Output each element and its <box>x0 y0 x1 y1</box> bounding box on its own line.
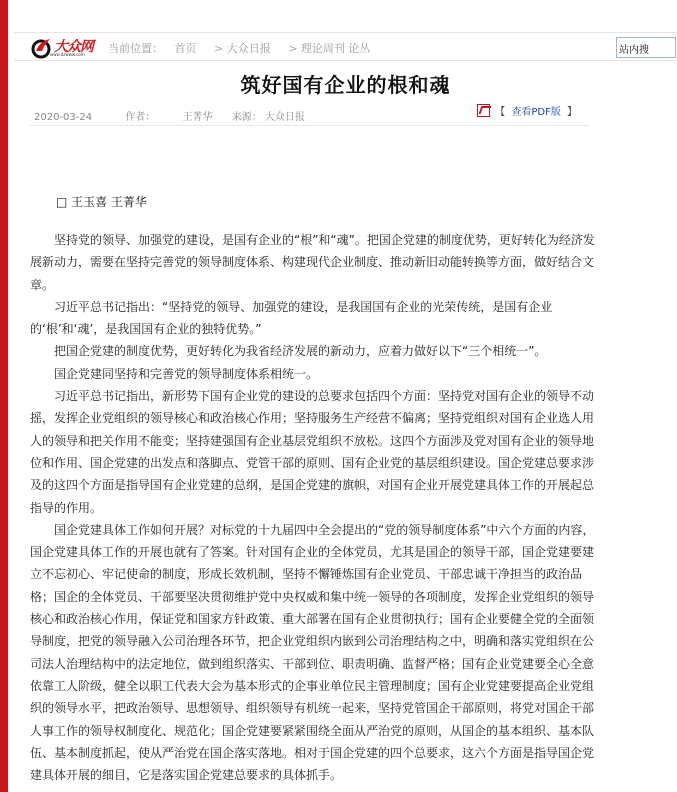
breadcrumb-item-theory-weekly[interactable]: 理论周刊 论丛 <box>301 42 371 55</box>
article-title: 筑好国有企业的根和魂 <box>0 69 677 98</box>
top-nav-bar: 大众网 www.dzwww.com 当前位置： 首页 > 大众日报 > 理论周刊… <box>14 32 677 61</box>
bracket-open: 【 <box>495 107 505 118</box>
publish-date: 2020-03-24 <box>34 112 92 123</box>
article-meta: 2020-03-24 作者： 王菁华 来源： 大众日报 <box>34 108 305 123</box>
site-search-input[interactable]: 站内搜 <box>616 37 676 58</box>
pdf-link-group: 【 查看PDF版 】 <box>477 103 577 118</box>
breadcrumb-separator: > <box>214 42 223 55</box>
breadcrumb-item-dazhong-daily[interactable]: 大众日报 <box>227 42 271 55</box>
breadcrumb-prefix: 当前位置： <box>108 42 163 55</box>
pdf-icon[interactable] <box>477 104 490 117</box>
source-name: 大众日报 <box>265 112 305 123</box>
logo-flame-icon <box>30 37 52 59</box>
breadcrumb-separator: > <box>288 42 297 55</box>
view-pdf-link[interactable]: 查看PDF版 <box>511 107 560 118</box>
breadcrumb: 当前位置： 首页 > 大众日报 > 理论周刊 论丛 <box>108 40 370 56</box>
site-logo[interactable]: 大众网 www.dzwww.com <box>30 36 100 60</box>
article-paragraph: 把国企党建的制度优势，更好转化为我省经济发展的新动力，应着力做好以下“三个相统一… <box>30 340 595 362</box>
bracket-close: 】 <box>567 107 577 118</box>
left-accent-bar <box>0 0 8 792</box>
divider <box>30 125 590 126</box>
article-paragraph: 国企党建同坚持和完善党的领导制度体系相统一。 <box>30 363 595 385</box>
logo-subtext: www.dzwww.com <box>50 52 85 57</box>
article-body: 坚持党的领导、加强党的建设，是国有企业的“根”和“魂”。把国企党建的制度优势，更… <box>30 229 595 786</box>
article-paragraph: 国企党建具体工作如何开展？对标党的十九届四中全会提出的“党的领导制度体系”中六个… <box>30 519 595 787</box>
breadcrumb-item-home[interactable]: 首页 <box>175 42 197 55</box>
article-paragraph: 习近平总书记指出，新形势下国有企业党的建设的总要求包括四个方面：坚持党对国有企业… <box>30 385 595 519</box>
author-label: 作者： <box>125 112 155 123</box>
article-paragraph: 习近平总书记指出：“坚持党的领导、加强党的建设，是我国国有企业的光荣传统，是国有… <box>30 296 595 341</box>
article-paragraph: 坚持党的领导、加强党的建设，是国有企业的“根”和“魂”。把国企党建的制度优势，更… <box>30 229 595 296</box>
article-byline: □ 王玉喜 王菁华 <box>56 193 147 210</box>
source-label: 来源： <box>232 112 262 123</box>
author-name: 王菁华 <box>183 112 213 123</box>
